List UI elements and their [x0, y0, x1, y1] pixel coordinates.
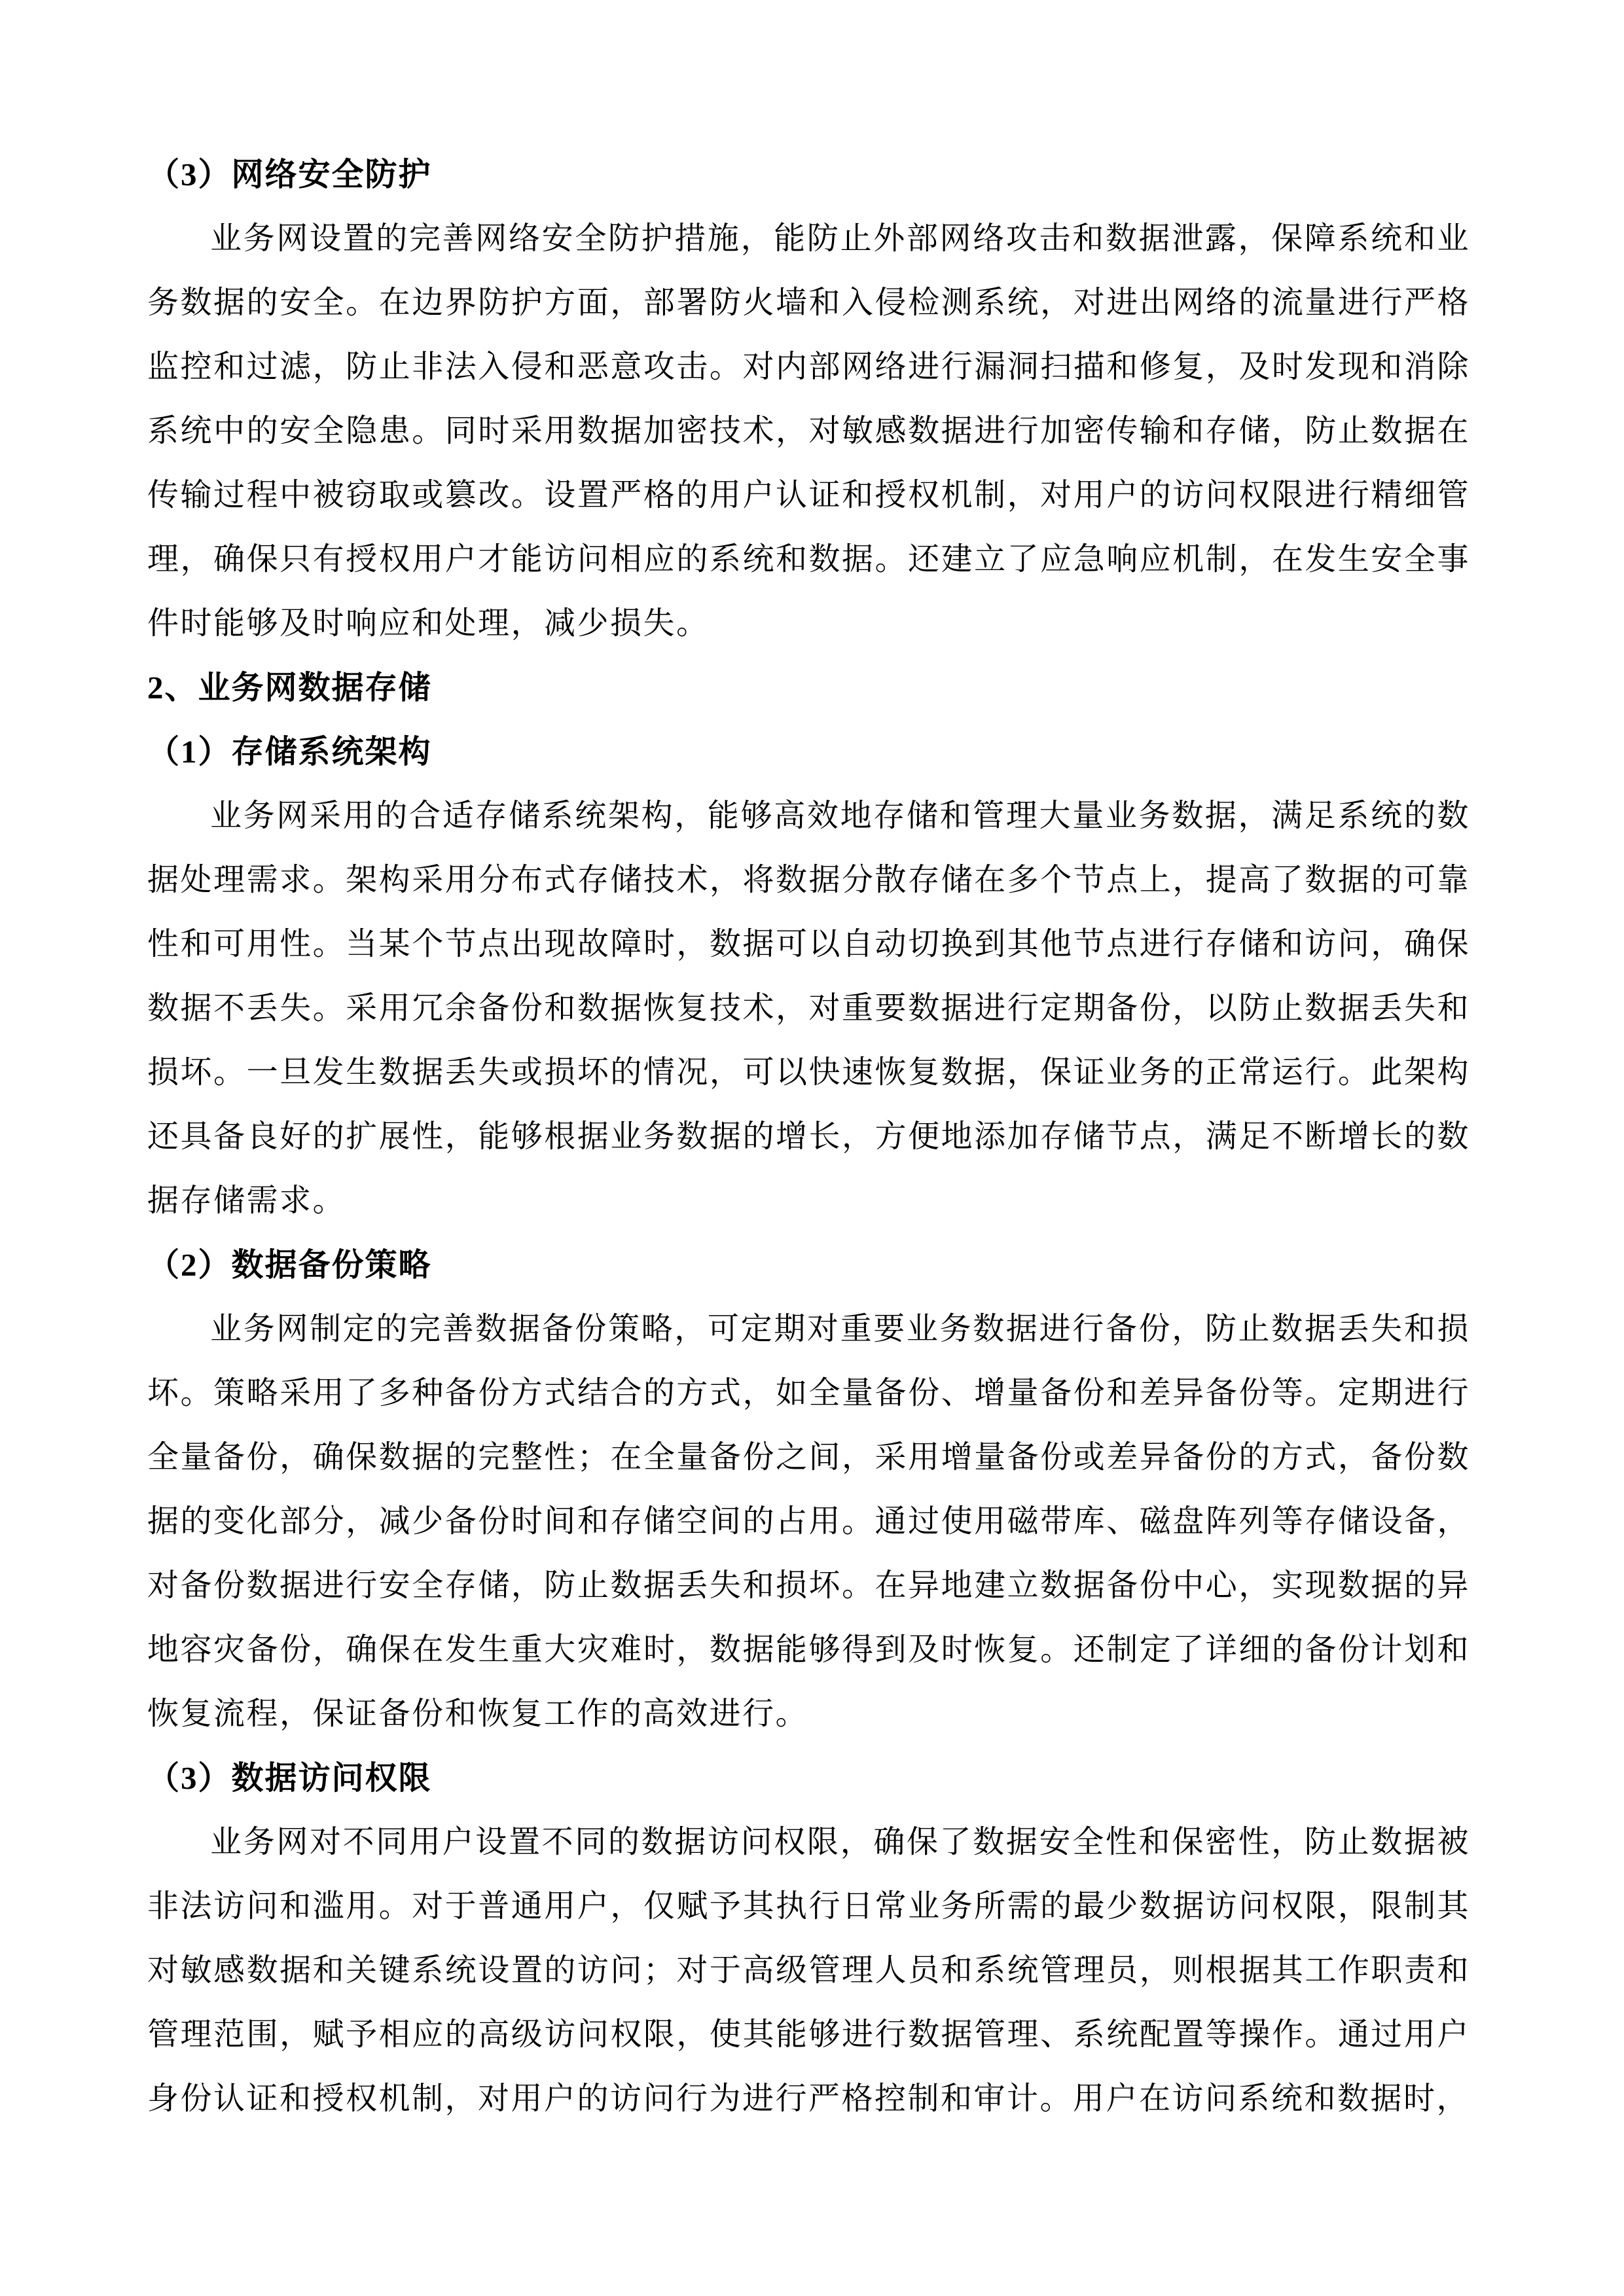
heading-backup-strategy: （2）数据备份策略: [147, 1233, 1470, 1297]
heading-network-security: （3）网络安全防护: [147, 143, 1470, 207]
paragraph-network-security: 业务网设置的完善网络安全防护措施，能防止外部网络攻击和数据泄露，保障系统和业务数…: [147, 207, 1470, 656]
paragraph-backup-strategy: 业务网制定的完善数据备份策略，可定期对重要业务数据进行备份，防止数据丢失和损坏。…: [147, 1297, 1470, 1746]
paragraph-access-rights: 业务网对不同用户设置不同的数据访问权限，确保了数据安全性和保密性，防止数据被非法…: [147, 1810, 1470, 2131]
paragraph-storage-architecture: 业务网采用的合适存储系统架构，能够高效地存储和管理大量业务数据，满足系统的数据处…: [147, 784, 1470, 1233]
heading-storage-architecture: （1）存储系统架构: [147, 720, 1470, 784]
heading-access-rights: （3）数据访问权限: [147, 1746, 1470, 1810]
heading-data-storage: 2、业务网数据存储: [147, 656, 1470, 720]
document-page: （3）网络安全防护 业务网设置的完善网络安全防护措施，能防止外部网络攻击和数据泄…: [0, 0, 1624, 2296]
